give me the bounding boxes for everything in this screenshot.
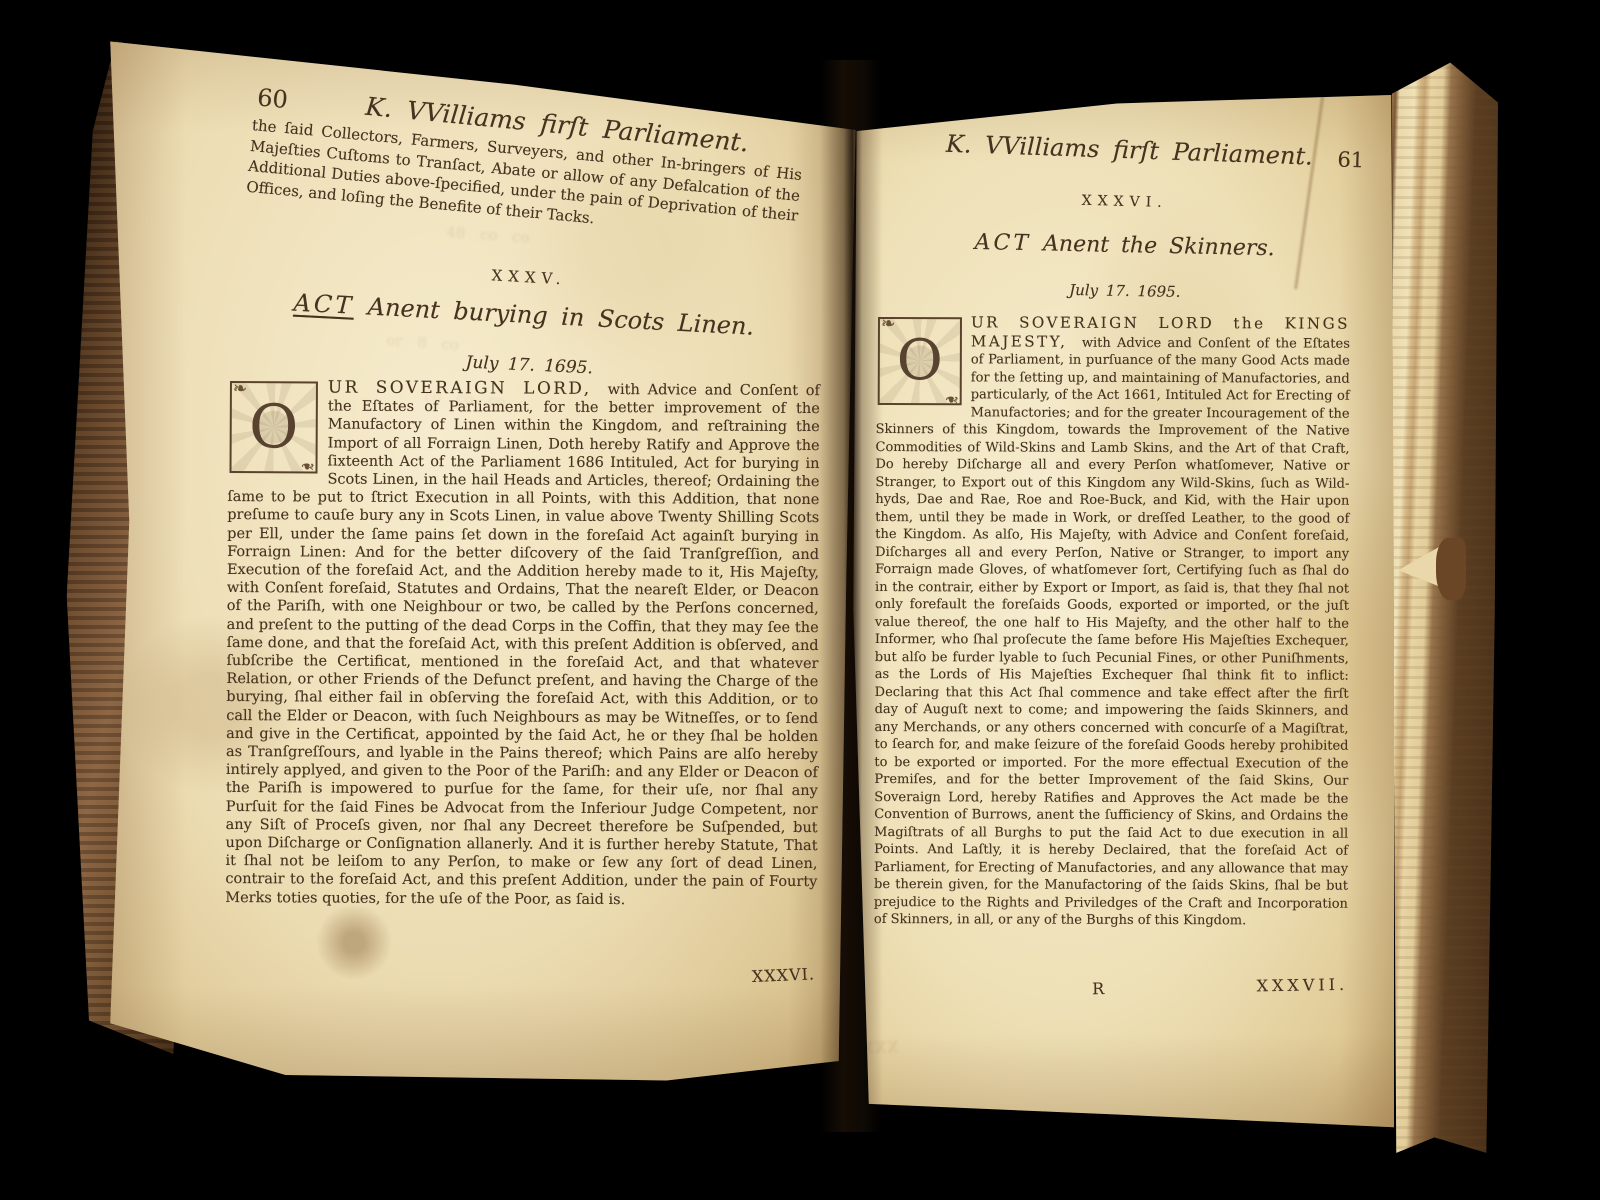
act-title-rest: Anent the Skinners. (1031, 231, 1275, 261)
act-title-skinners: ACT Anent the Skinners. (879, 228, 1369, 263)
fore-edge-notch (1436, 538, 1466, 600)
drop-cap-letter: O (249, 397, 299, 457)
signature-line: R XXXVII. (880, 975, 1354, 983)
act-word: ACT (974, 230, 1031, 256)
page-number-60: 60 (256, 83, 289, 114)
book-photo: 48 co co or 8 co co co co 60 K. VVilliam… (0, 0, 1600, 1200)
act-body-text: OUR SOVERAIGN LORD the KINGS MAJESTY, wi… (874, 314, 1350, 930)
show-through-text: 48 co co (446, 223, 531, 247)
right-page: XXXVIII K. VVilliams firſt Parliament. 6… (840, 78, 1394, 1140)
running-head: K. VVilliams firſt Parliament. (894, 128, 1365, 172)
catchword: XXXVII. (1256, 975, 1348, 996)
drop-cap-letter: O (897, 333, 943, 389)
book-fore-edge (1392, 56, 1498, 1164)
body-lead-in: UR SOVERAIGN LORD, (328, 377, 608, 398)
act-date: July 17. 1695. (900, 278, 1350, 304)
act-word: ACT (293, 289, 355, 320)
body-continuation: with Advice and Conſent of the Eſtates o… (874, 335, 1350, 928)
catchword: XXXVI. (295, 964, 815, 1006)
section-number-xxxvi: XXXVI. (900, 188, 1350, 216)
woodcut-initial-ornament: O (878, 317, 962, 405)
act-body-text: OUR SOVERAIGN LORD, with Advice and Conſ… (225, 377, 820, 910)
left-page: 48 co co or 8 co co co co 60 K. VVilliam… (95, 35, 857, 1115)
right-header: K. VVilliams firſt Parliament. 61 (894, 128, 1365, 172)
woodcut-initial-ornament: O (229, 381, 317, 473)
page-number-61: 61 (1337, 147, 1365, 172)
signature-mark: R (1092, 979, 1106, 998)
